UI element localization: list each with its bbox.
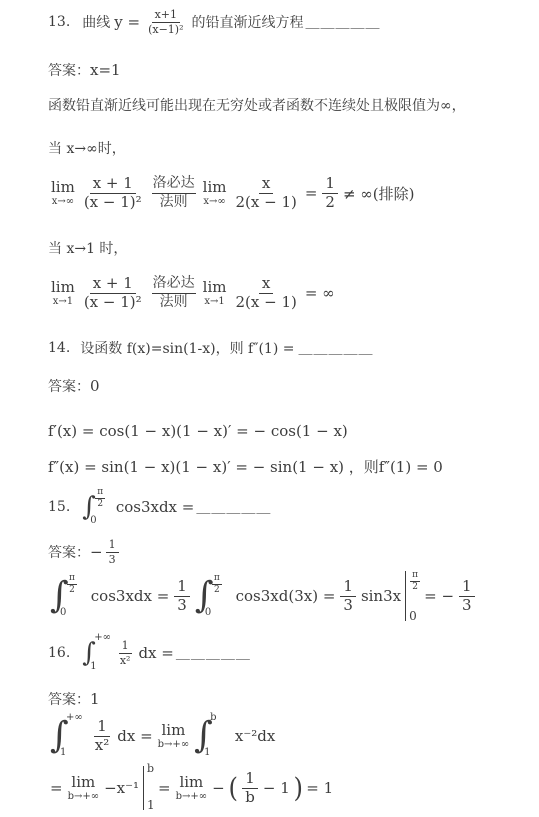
fraction: 1 3	[459, 578, 475, 614]
q13-note: 函数铅直渐近线可能出现在无穷处或者函数不连续处且极限值为∞，	[48, 93, 466, 117]
integral-lower-limit: 1	[90, 661, 96, 672]
q13-case2-when: 当 x→1 时，	[48, 236, 127, 260]
q16-work1-t2: x⁻²dx	[235, 727, 275, 745]
q16-work-line1: ∫ +∞ 1 1 x² dx = lim b→+∞ ∫ b 1 x⁻²dx	[48, 713, 277, 759]
fraction: π 2	[67, 573, 77, 597]
q14-work-line2: f″(x) = sin(1 − x)(1 − x)′ = − sin(1 − x…	[48, 454, 443, 478]
answer-14: 答案： 0	[48, 374, 100, 398]
answer-15-fraction: 1 3	[106, 538, 119, 565]
fraction: π 2	[410, 570, 420, 594]
q13-case1-when-text: 当 x→∞时，	[48, 138, 126, 158]
limit-operator: lim b→+∞	[158, 723, 190, 750]
q16-work2-t5: = 1	[306, 779, 333, 797]
limit-operator: lim x→1	[203, 280, 227, 307]
answer-13-label: 答案：	[48, 60, 90, 80]
fraction: x 2(x − 1)	[232, 275, 299, 311]
answer-16: 答案： 1	[48, 687, 100, 711]
integral-with-limits: ∫ π 2 0	[82, 492, 112, 522]
q13-case1-equation: lim x→∞ x + 1 (x − 1)² 洛必达 法则 lim x→∞ x …	[48, 170, 417, 216]
q15-work-equation: ∫ π 2 0 cos3xdx = 1 3 ∫ π 2 0 cos	[48, 568, 478, 624]
fraction: x + 1 (x − 1)²	[81, 175, 145, 211]
question-14-text: 设函数 f(x)=sin(1-x)，则 f″(1) =	[80, 338, 294, 358]
answer-15-label: 答案：	[48, 542, 90, 562]
q13-case1-when: 当 x→∞时，	[48, 136, 126, 160]
integral-upper-limit: π 2	[94, 486, 106, 511]
evaluation-bar: π 2 0	[405, 571, 406, 621]
question-13-tail: 的铅直渐近线方程	[192, 12, 304, 32]
answer-14-value: 0	[90, 377, 100, 395]
equals-sign: =	[305, 184, 318, 202]
close-paren: )	[293, 775, 302, 802]
answer-14-label: 答案：	[48, 376, 90, 396]
fraction: 1 2	[322, 175, 338, 211]
minus-sign: −	[212, 779, 225, 797]
fraction: 1 3	[340, 578, 356, 614]
q15-work-t1: cos3xdx =	[91, 587, 170, 605]
evaluation-lower-limit: 1	[147, 798, 155, 812]
equals-sign: =	[50, 779, 63, 797]
integral-with-limits: ∫ π 2 0	[50, 576, 87, 616]
q14-derivative-2: f″(x) = sin(1 − x)(1 − x)′ = − sin(1 − x…	[48, 456, 443, 477]
q13-case2-when-text: 当 x→1 时，	[48, 238, 127, 258]
fraction: 1 b	[242, 770, 258, 806]
integral-upper-limit: π 2	[211, 572, 223, 597]
evaluation-bar: b 1	[143, 766, 144, 810]
open-paren: (	[228, 775, 237, 802]
integral-with-limits: ∫ +∞ 1	[50, 716, 87, 756]
integral-lower-limit: 0	[60, 607, 66, 618]
answer-16-value: 1	[90, 690, 100, 708]
question-15-body: cos3xdx =	[116, 498, 195, 516]
math-solution-document: 13. 曲线 y = x+1 (x−1)² 的铅直渐近线方程 ＿＿＿＿＿ 答案：…	[0, 0, 539, 817]
q14-derivative-1: f′(x) = cos(1 − x)(1 − x)′ = − cos(1 − x…	[48, 422, 348, 440]
integral-lower-limit: 0	[205, 607, 211, 618]
evaluation-upper-limit: π 2	[409, 567, 421, 594]
question-13: 13. 曲线 y = x+1 (x−1)² 的铅直渐近线方程 ＿＿＿＿＿	[48, 4, 381, 40]
fraction: x + 1 (x − 1)²	[81, 275, 145, 311]
answer-16-label: 答案：	[48, 689, 90, 709]
q16-work1-t1: dx =	[117, 727, 152, 745]
q14-work-line1: f′(x) = cos(1 − x)(1 − x)′ = − cos(1 − x…	[48, 419, 348, 443]
limit-operator: lim b→+∞	[176, 775, 208, 802]
answer-15: 答案： − 1 3	[48, 535, 122, 569]
question-14-blank: ＿＿＿＿＿	[298, 338, 373, 358]
q13-case2-equation: lim x→1 x + 1 (x − 1)² 洛必达 法则 lim x→1 x …	[48, 268, 337, 318]
lhopital-rule-label: 洛必达 法则	[152, 275, 196, 311]
evaluation-upper-limit: b	[147, 762, 154, 775]
equals-sign: =	[158, 779, 171, 797]
question-15-blank: ＿＿＿＿＿	[196, 497, 271, 517]
fraction: π 2	[95, 487, 105, 511]
question-14-number: 14.	[48, 340, 70, 356]
q15-work-t2: cos3xd(3x) =	[236, 587, 336, 605]
integral-with-limits: ∫ +∞ 1	[82, 638, 112, 668]
minus-sign: −	[90, 543, 103, 561]
integral-upper-limit: π 2	[66, 572, 78, 597]
q16-work2-t4: − 1	[263, 779, 290, 797]
q16-work-line2: = lim b→+∞ −x⁻¹ b 1 = lim b→+∞ − ( 1 b −…	[48, 765, 335, 811]
integral-upper-limit: +∞	[66, 712, 83, 723]
question-14: 14. 设函数 f(x)=sin(1-x)，则 f″(1) = ＿＿＿＿＿	[48, 336, 373, 360]
question-16: 16. ∫ +∞ 1 1 x² dx = ＿＿＿＿＿	[48, 638, 251, 668]
question-15-number: 15.	[48, 499, 70, 515]
q13-y-equals: y =	[114, 13, 140, 31]
q13-case2-tail: = ∞	[305, 284, 335, 302]
q15-work-t4: = −	[424, 587, 454, 605]
q13-case1-tail: ≠ ∞(排除)	[343, 183, 415, 204]
question-16-blank: ＿＿＿＿＿	[176, 643, 251, 663]
question-13-number: 13.	[48, 14, 70, 30]
integral-upper-limit: +∞	[94, 632, 111, 643]
question-13-blank: ＿＿＿＿＿	[306, 12, 381, 32]
fraction: 1 3	[174, 578, 190, 614]
integral-lower-limit: 1	[60, 747, 66, 758]
question-13-lead: 曲线	[82, 12, 110, 32]
question-15: 15. ∫ π 2 0 cos3xdx = ＿＿＿＿＿	[48, 490, 271, 524]
fraction: 1 x²	[92, 718, 112, 754]
q13-note-text: 函数铅直渐近线可能出现在无穷处或者函数不连续处且极限值为∞，	[48, 95, 466, 115]
evaluation-lower-limit: 0	[409, 609, 417, 623]
fraction: x 2(x − 1)	[232, 175, 299, 211]
integral-upper-limit: b	[210, 712, 216, 723]
integral-lower-limit: 1	[204, 747, 210, 758]
q16-inline-fraction: 1 x²	[117, 639, 134, 666]
answer-13: 答案： x=1	[48, 58, 121, 82]
integral-with-limits: ∫ b 1	[194, 716, 231, 756]
fraction: π 2	[212, 573, 222, 597]
answer-13-value: x=1	[90, 61, 121, 79]
q13-inline-fraction: x+1 (x−1)²	[145, 8, 186, 35]
lhopital-rule-label: 洛必达 法则	[152, 175, 196, 211]
question-16-number: 16.	[48, 645, 70, 661]
q15-work-t3: sin3x	[361, 587, 401, 605]
q16-work2-t1: −x⁻¹	[104, 779, 139, 797]
limit-operator: lim x→∞	[203, 180, 227, 207]
limit-operator: lim x→∞	[51, 180, 75, 207]
limit-operator: lim x→1	[51, 280, 75, 307]
integral-lower-limit: 0	[90, 515, 96, 526]
limit-operator: lim b→+∞	[68, 775, 100, 802]
integral-with-limits: ∫ π 2 0	[195, 576, 232, 616]
question-16-body: dx =	[138, 644, 173, 662]
